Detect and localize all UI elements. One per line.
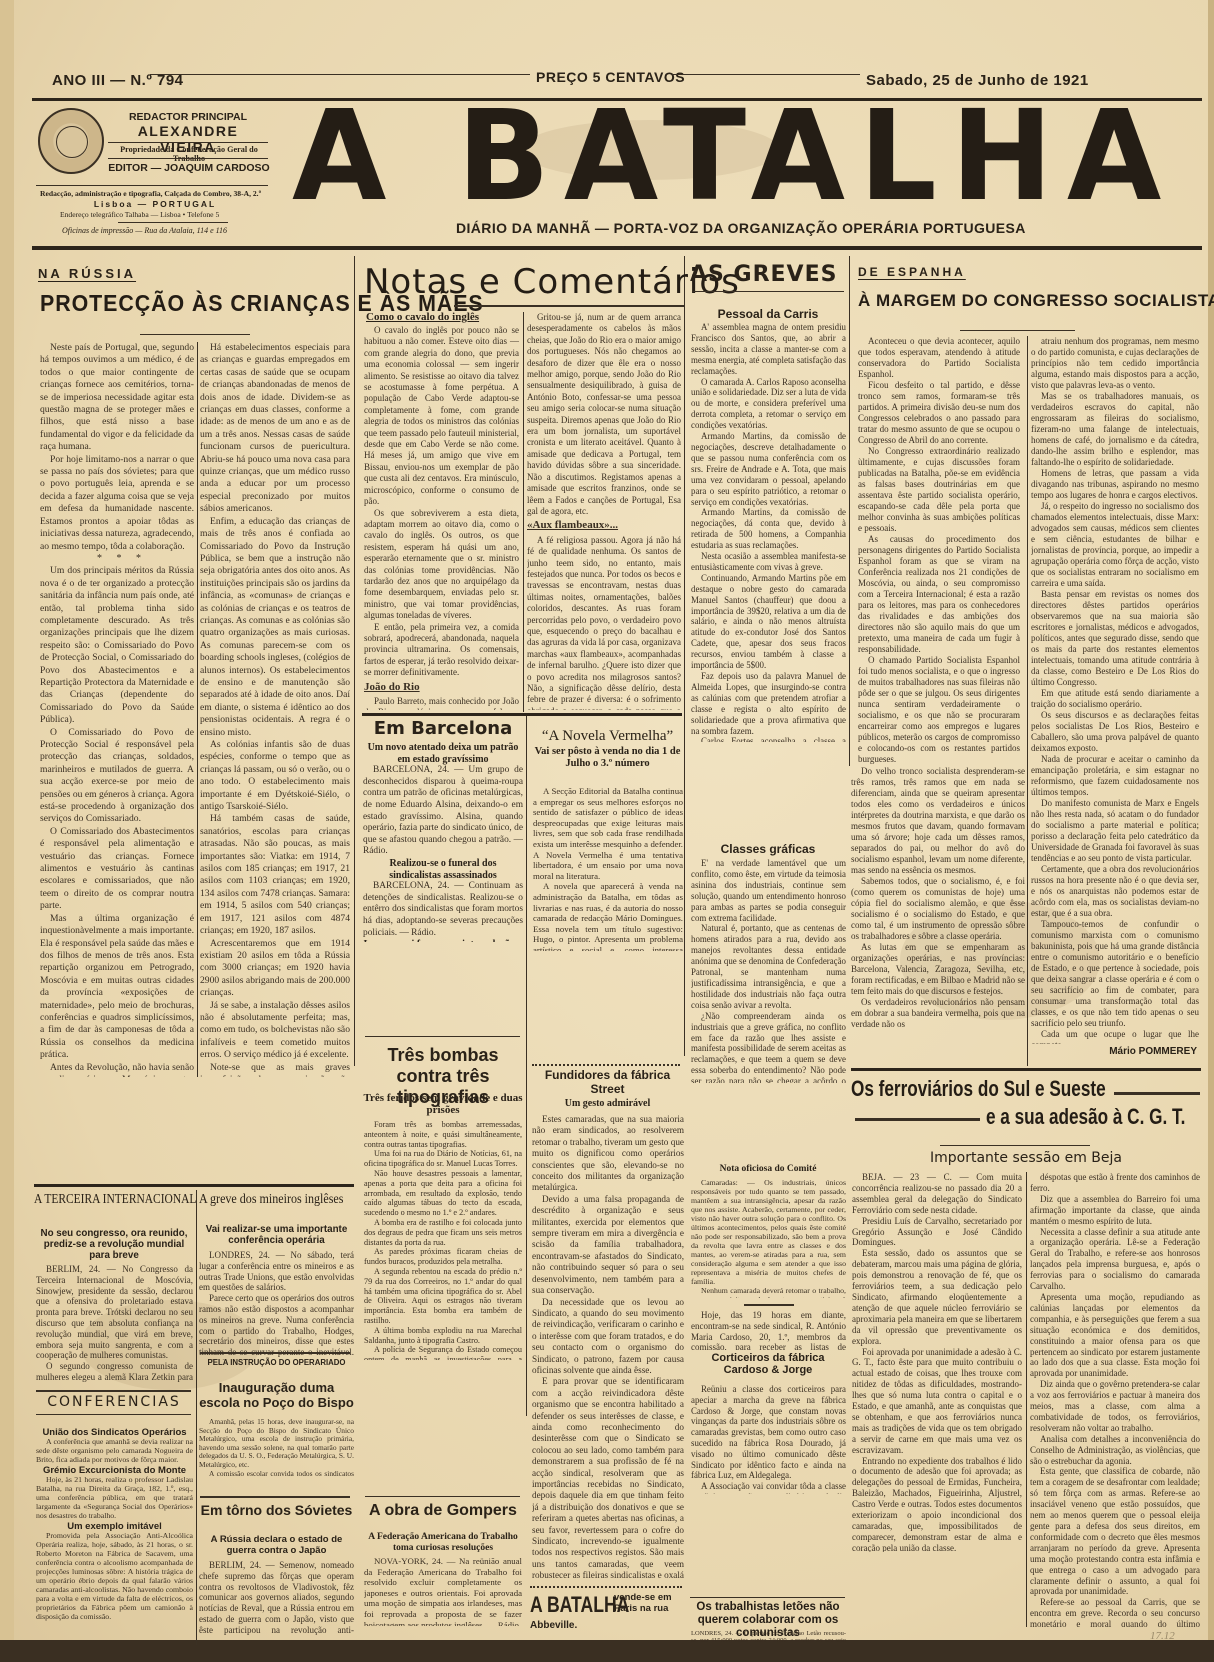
column-rule <box>523 312 524 712</box>
divider <box>200 1352 350 1354</box>
conferencia-title: União dos Sindicatos Operários <box>36 1428 193 1437</box>
paragraph: Cada um que ocupe o lugar que lhe compet… <box>1031 1029 1199 1044</box>
paragraph: BERLIM, 24. — No Congresso da Terceira I… <box>36 1264 193 1361</box>
paragraph: As causas do procedimento dos personagen… <box>858 534 1020 655</box>
barcelona-item-title: Um novo atentado deixa um patrão em esta… <box>363 742 523 765</box>
paragraph: Analisa com detalhes a inconveniência do… <box>1030 1434 1200 1467</box>
divider <box>108 158 268 159</box>
gompers-headline: A obra de Gompers <box>362 1502 524 1520</box>
column-rule <box>526 716 527 1416</box>
paragraph: Tampouco-temos de confundir o comunismo … <box>1031 919 1199 1029</box>
newspaper-title: A BATALHA <box>292 95 1192 217</box>
terceira-column: BERLIM, 24. — No Congresso da Terceira I… <box>36 1264 193 1384</box>
divider <box>851 1068 1201 1071</box>
notas-section-title: «Aux flambeaux»... <box>527 520 681 531</box>
paragraph: E então, pela primeira vez, a comida sob… <box>364 622 519 679</box>
paragraph: Gritou-se já, num ar de quem arranca des… <box>527 312 681 517</box>
paragraph: Os verdadeiros revolucionários não pensa… <box>851 997 1025 1030</box>
paragraph: Ficou desfeito o tal partido, e dêsse tr… <box>858 380 1020 446</box>
gompers-subheadline: A Federação Americana do Trabalho toma c… <box>362 1532 524 1554</box>
divider <box>36 1414 191 1415</box>
confederacao-seal-icon <box>38 108 104 174</box>
divider <box>140 334 250 335</box>
paragraph: déspotas que estão à frente dos caminhos… <box>1030 1172 1200 1194</box>
paragraph: Apresenta uma moção, repudiando as calún… <box>1030 1292 1200 1379</box>
paragraph: As colónias infantis são de duas espécie… <box>200 739 350 813</box>
notas-column-1: O cavalo do inglês por pouco não se habi… <box>364 325 519 710</box>
novela-column: A Secção Editorial da Batalha continua a… <box>533 786 683 951</box>
barcelona-item-title: Lerroux vai fazer uma interpelação a La … <box>363 939 523 942</box>
mineiros-column: LONDRES, 24. — No sábado, terá lugar a c… <box>199 1250 354 1360</box>
page-binding-edge <box>0 0 14 1640</box>
divider <box>36 1390 191 1392</box>
greves-corticeiros-column: Reüniu a classe dos corticeiros para ape… <box>691 1384 846 1494</box>
paragraph: Já, o respeito do ingresso no socialismo… <box>1031 501 1199 589</box>
espanha-column-1: Aconteceu o que devia acontecer, aquilo … <box>858 336 1020 766</box>
fundidores-headline: Fundidores da fábrica Street <box>530 1068 685 1096</box>
paragraph: Diz ainda que o govêrno pretendera-se ca… <box>1030 1379 1200 1434</box>
paragraph: BEJA. — 23 — C. — Com muita concorrência… <box>852 1172 1022 1216</box>
sovietes-headline: Em tôrno dos Sóvietes <box>199 1502 354 1518</box>
paragraph: Reüniu a classe dos corticeiros para ape… <box>691 1384 846 1481</box>
column-rule <box>354 256 355 1066</box>
greves-hoje-note: Hoje, das 19 horas em diante, encontram-… <box>691 1310 846 1350</box>
mineiros-headline: A greve dos mineiros inglêses <box>199 1192 343 1208</box>
paragraph: A Associação vai convidar tôda a classe … <box>691 1481 846 1494</box>
divider <box>200 1496 350 1498</box>
paragraph: Presidiu Luís de Carvalho, secretariado … <box>852 1216 1022 1249</box>
column-rule <box>684 256 685 1056</box>
conferencias-headline: CONFERENCIAS <box>34 1394 194 1410</box>
column-rule <box>849 256 850 766</box>
paragraph: Entrando no expediente dos trabalhos é l… <box>852 1456 1022 1552</box>
paragraph: A segunda rebentou na escada do prédio n… <box>364 1267 522 1326</box>
paragraph: O camarada A. Carlos Raposo aconselha un… <box>691 377 846 432</box>
paragraph: Os que sobreviverem a esta dieta, adapta… <box>364 508 519 622</box>
masthead-bottom-rule <box>32 246 1202 250</box>
divider <box>118 222 228 223</box>
paragraph: A novela que aparecerá à venda na admini… <box>533 881 683 951</box>
paragraph: Do manifesto comunista de Marx e Engels … <box>1031 798 1199 864</box>
novela-subheadline: Vai ser pôsto à venda no dia 1 de Julho … <box>530 746 685 770</box>
greves-subheadline-carris: Pessoal da Carris <box>690 307 846 321</box>
city-line: Lisboa — PORTUGAL <box>40 199 270 209</box>
escola-kicker: PELA INSTRUÇÃO DO OPERARIADO <box>199 1358 354 1367</box>
paragraph: BARCELONA, 24. — Um grupo de desconhecid… <box>363 765 523 858</box>
paragraph: Paulo Barreto, mais conhecido por João d… <box>364 696 519 710</box>
barcelona-item-title: Realizou-se o funeral dos sindicalistas … <box>363 858 523 881</box>
paragraph: Mas a última organização é inquestionàve… <box>40 913 194 1062</box>
escola-column: Amanhã, pelas 15 horas, deve inaugurar-s… <box>199 1418 354 1478</box>
paragraph: Homens de letras, que passam a vida diva… <box>1031 468 1199 501</box>
barcelona-column: Um novo atentado deixa um patrão em esta… <box>363 742 523 942</box>
paragraph: Os seus discursos e as declarações feita… <box>1031 710 1199 754</box>
bombas-column: Foram três as bombas arremessadas, anteo… <box>364 1120 522 1360</box>
paragraph: Armando Martins, da comissão de negociaç… <box>691 431 846 507</box>
paragraph: E para provar que se identificaram com a… <box>532 1376 684 1579</box>
column-rule <box>1027 336 1028 1066</box>
divider <box>1114 1092 1200 1095</box>
paragraph: atraiu nenhum dos programas, nem mesmo o… <box>1031 336 1199 391</box>
espanha-column-2: atraiu nenhum dos programas, nem mesmo o… <box>1031 336 1199 1044</box>
paragraph: A última bomba explodiu na rua Marechal … <box>364 1326 522 1346</box>
paragraph: Um dos principais méritos da Rússia nova… <box>40 565 194 726</box>
fundidores-column: Estes camaradas, que na sua maioria não … <box>532 1114 684 1579</box>
paragraph: Aconteceu o que devia acontecer, aquilo … <box>858 336 1020 380</box>
notas-section-title: João do Rio <box>364 682 519 693</box>
ferroviarios-subheadline: Importante sessão em Beja <box>851 1150 1201 1166</box>
paragraph: Devido a uma falsa propaganda de descréd… <box>532 1194 684 1297</box>
wavy-divider <box>530 1580 682 1588</box>
wavy-divider <box>532 1058 680 1066</box>
editor-line: EDITOR — JOAQUIM CARDOSO <box>106 162 272 174</box>
ornament: * * * <box>40 553 194 565</box>
conferencia-title: Um exemplo imitável <box>36 1522 193 1531</box>
paragraph: NOVA-YORK, 24. — Na reünião anual da Fed… <box>364 1556 522 1626</box>
paragraph: Basta pensar em revistas os nomes dos di… <box>1031 589 1199 688</box>
sovietes-subheadline: A Rússia declara o estado de guerra cont… <box>199 1534 354 1556</box>
paragraph: O chamado Partido Socialista Espanhol fo… <box>858 655 1020 765</box>
espanha-column-1-continued: Do velho tronco socialista desprenderam-… <box>851 766 1025 1054</box>
paris-ad-street: Abbeville. <box>530 1620 577 1631</box>
paragraph: Refere-se ao pessoal da Carris, que se e… <box>1030 1597 1200 1627</box>
notas-headline: Notas e Comentários <box>364 262 740 302</box>
notas-section-title: Como o cavalo do inglês <box>366 311 479 323</box>
paragraph: A polícia de Segurança do Estado começou… <box>364 1345 522 1360</box>
paragraph: Do velho tronco socialista desprenderam-… <box>851 766 1025 876</box>
paragraph: Esta sessão, dado os assuntos que se deb… <box>852 1248 1022 1346</box>
paragraph: Parece certo que os operários dos outros… <box>199 1293 354 1360</box>
paragraph: Hoje, das 19 horas em diante, encontram-… <box>691 1310 846 1350</box>
terceira-subheadline: No seu congresso, ora reunido, prediz-se… <box>34 1228 194 1261</box>
notas-column-2: Gritou-se já, num ar de quem arranca des… <box>527 312 681 710</box>
ferroviarios-column-1: BEJA. — 23 — C. — Com muita concorrência… <box>852 1172 1022 1552</box>
novela-headline: “A Novela Vermelha” <box>530 728 685 745</box>
paragraph: Foi aprovada por unanimidade a adesão à … <box>852 1347 1022 1456</box>
top-rule-right <box>672 74 860 75</box>
sovietes-column: BERLIM, 24. — Semenow, nomeado chefe sup… <box>199 1560 354 1635</box>
paragraph: No Congresso extraordinário realizado ùl… <box>858 446 1020 534</box>
paragraph: Em que atitude está sendo diariamente a … <box>1031 688 1199 710</box>
trabalhistas-body: LONDRES, 24. — O partido do Trabalho Let… <box>691 1630 846 1642</box>
paragraph: O cavalo do inglês por pouco não se habi… <box>364 325 519 508</box>
ferroviarios-column-2: déspotas que estão à frente dos caminhos… <box>1030 1172 1200 1627</box>
paragraph: Sabemos todos, que o socialismo, é, e fo… <box>851 876 1025 942</box>
espanha-kicker: DE ESPANHA <box>858 265 966 279</box>
paragraph: Neste país de Portugal, que, segundo há … <box>40 342 194 454</box>
ferroviarios-headline-line2: e a sua adesão à C. G. T. <box>986 1104 1185 1130</box>
paragraph: ¿Não compreenderam ainda os industriais … <box>691 1011 846 1083</box>
paragraph: A bomba era de rastilho e foi colocada j… <box>364 1218 522 1247</box>
greves-subheadline-comite: Nota oficiosa do Comité <box>690 1164 846 1174</box>
barcelona-headline: Em Barcelona <box>362 718 524 739</box>
column-rule <box>197 342 198 1077</box>
divider <box>36 185 268 186</box>
paragraph: LONDRES, 24. — No sábado, terá lugar a c… <box>199 1250 354 1293</box>
property-line: Propriedade da Confederação Geral do Tra… <box>106 145 272 163</box>
paragraph: Promovida pela Associação Anti-Alcoólica… <box>36 1531 193 1621</box>
paragraph: BERLIM, 24. — Semenow, nomeado chefe sup… <box>199 1560 354 1635</box>
divider <box>744 1304 794 1306</box>
paragraph: Nesta ocasião a assemblea manifesta-se e… <box>691 551 846 573</box>
paragraph: Já se sabe, a instalação dêsses asilos n… <box>200 1000 350 1062</box>
paragraph: A Secção Editorial da Batalha continua a… <box>533 786 683 881</box>
paragraph: Foram três as bombas arremessadas, anteo… <box>364 1120 522 1149</box>
paragraph: Por hoje limitamo-nos a narrar o que se … <box>40 454 194 553</box>
paragraph: Nenhum camarada deverá retomar o trabalh… <box>691 1286 846 1298</box>
paragraph: Esta gente, que classifica de cobarde, n… <box>1030 1466 1200 1597</box>
greves-carris-column: A' assemblea magna de ontem presidiu Fra… <box>691 322 846 742</box>
paragraph: A fé religiosa passou. Agora já não há f… <box>527 535 681 710</box>
paragraph: Faz depois uso da palavra Manuel de Alme… <box>691 671 846 736</box>
paris-ad-text: vende-se em Paris na rua <box>614 1592 684 1614</box>
mineiros-subheadline: Vai realizar-se uma importante conferênc… <box>199 1224 354 1246</box>
paragraph: As lutas em que se empenharam as organiz… <box>851 942 1025 997</box>
address-line: Redacção, administração e tipografia, Ca… <box>40 189 290 198</box>
conferencia-title: Grémio Excurcionista do Monte <box>36 1466 193 1475</box>
greves-subheadline-graficas: Classes gráficas <box>690 842 846 856</box>
margin-note: 17.12 <box>1150 1630 1175 1642</box>
greves-headline: AS GREVES <box>690 262 837 287</box>
paragraph: Uma foi na rua do Diário de Notícias, 61… <box>364 1149 522 1169</box>
paragraph: Diz que a assemblea do Barreiro foi uma … <box>1030 1194 1200 1227</box>
telegraph-line: Endereço telegráfico Talhaba — Lisboa • … <box>60 210 290 219</box>
russia-column-1: Neste país de Portugal, que, segundo há … <box>40 342 194 1077</box>
printing-line: Oficinas de impressão — Rua da Atalaia, … <box>62 226 302 235</box>
divider <box>960 330 1075 331</box>
paragraph: A comissão escolar convida todos os sind… <box>199 1470 354 1478</box>
paragraph: A' assemblea magna de ontem presidiu Fra… <box>691 322 846 377</box>
paragraph: Continuando, Armando Martins põe em dest… <box>691 573 846 671</box>
russia-kicker: NA RÚSSIA <box>38 266 136 281</box>
paragraph: Amanhã, pelas 15 horas, deve inaugurar-s… <box>199 1418 354 1470</box>
paragraph: Necessita a classe definir a sua atitude… <box>1030 1227 1200 1292</box>
divider <box>940 1145 1090 1146</box>
russia-column-2: Há estabelecimentos especiais para as cr… <box>200 342 350 1077</box>
divider <box>855 1118 980 1121</box>
terceira-headline: A TERCEIRA INTERNACIONAL <box>34 1192 196 1208</box>
paragraph: As paredes próximas ficaram cheias de fu… <box>364 1247 522 1267</box>
paragraph: Antes da Revolução, não havia senão um d… <box>40 1062 194 1077</box>
paragraph: O Comissariado do Povo de Protecção Soci… <box>40 727 194 826</box>
paragraph: Natural é, portanto, que as centenas de … <box>691 923 846 1010</box>
paragraph: Não houve desastres pessoais a lamentar,… <box>364 1169 522 1218</box>
divider <box>34 1184 354 1187</box>
paragraph: Note-se que as mais graves imperfeições … <box>200 1062 350 1077</box>
paragraph: O segundo congresso comunista de mulhere… <box>36 1361 193 1384</box>
paragraph: Acrescentaremos que em 1914 existiam 20 … <box>200 938 350 1000</box>
paragraph: Há também casas de saúde, sanatórios, es… <box>200 813 350 937</box>
paragraph: Camaradas: — Os industriais, únicos resp… <box>691 1178 846 1286</box>
paragraph: Hoje, às 21 horas, realiza o professor L… <box>36 1475 193 1520</box>
column-rule <box>196 1190 197 1645</box>
escola-headline: Inauguração duma escola no Poço do Bispo <box>199 1380 354 1410</box>
paragraph: Estes camaradas, que na sua maioria não … <box>532 1114 684 1194</box>
greves-comite-column: Camaradas: — Os industriais, únicos resp… <box>691 1178 846 1298</box>
divider <box>690 1597 845 1598</box>
paragraph: A conferência que amanhã se devia realiz… <box>36 1437 193 1464</box>
ferroviarios-headline-line1: Os ferroviários do Sul e Sueste <box>851 1076 1106 1102</box>
column-rule <box>1026 1172 1027 1627</box>
paragraph: O Comissariado dos Abastecimentos é resp… <box>40 826 194 913</box>
espanha-headline: À MARGEM DO CONGRESSO SOCIALISTA <box>858 291 1214 311</box>
gompers-column: NOVA-YORK, 24. — Na reünião anual da Fed… <box>364 1556 522 1626</box>
divider <box>692 291 844 292</box>
paragraph: Certamente, que a obra dos revolucionári… <box>1031 864 1199 919</box>
paragraph: Há estabelecimentos especiais para as cr… <box>200 342 350 516</box>
paragraph: BARCELONA, 24. — Continuam as detenções … <box>363 881 523 939</box>
paragraph: Da necessidade que os levou ao Sindicato… <box>532 1297 684 1377</box>
divider <box>362 713 682 716</box>
fundidores-subheadline: Um gesto admirável <box>530 1098 685 1109</box>
paragraph: Nada de procurar e aceitar o caminho da … <box>1031 754 1199 798</box>
espanha-signature: Mário POMMEREY <box>1031 1046 1197 1057</box>
paragraph: Carlos Fortes aconselha a classe a mante… <box>691 736 846 742</box>
paragraph: E' na verdade lamentável que um conflito… <box>691 858 846 923</box>
divider <box>454 305 684 307</box>
conferencias-column: União dos Sindicatos Operários A conferê… <box>36 1428 193 1638</box>
paragraph: Armando Martins, da comissão de negociaç… <box>691 507 846 551</box>
divider <box>108 142 268 143</box>
newspaper-subtitle: DIÁRIO DA MANHÃ — PORTA-VOZ DA ORGANIZAÇ… <box>456 220 1196 236</box>
bombas-subheadline: Três feridos sem gravidade e duas prisõe… <box>362 1092 524 1116</box>
divider <box>365 1036 520 1037</box>
top-rule-left <box>150 74 530 75</box>
paragraph: Enfim, a educação das crianças de mais d… <box>200 516 350 739</box>
newspaper-page: ANO III — N.º 794 PREÇO 5 CENTAVOS Sabad… <box>0 0 1214 1640</box>
greves-subheadline-corticeiros: Corticeiros da fábrica Cardoso & Jorge <box>690 1352 846 1376</box>
paragraph: Mas se os trabalhadores manuais, os verd… <box>1031 391 1199 468</box>
redactor-label: REDACTOR PRINCIPAL <box>108 111 268 123</box>
divider <box>365 1496 520 1497</box>
greves-graficas-column: E' na verdade lamentável que um conflito… <box>691 858 846 1083</box>
